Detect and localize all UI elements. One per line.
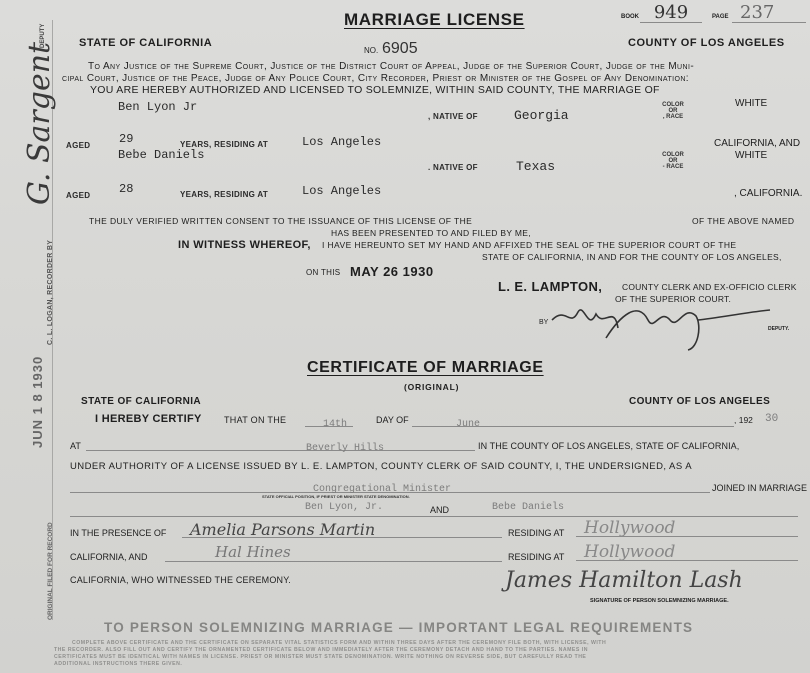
preamble-line-3: YOU ARE HEREBY AUTHORIZED AND LICENSED T… [90, 84, 660, 96]
signature-caption: SIGNATURE OF PERSON SOLEMNIZING MARRIAGE… [590, 598, 729, 604]
book-value: 949 [654, 2, 688, 23]
issue-date: MAY 26 1930 [350, 264, 434, 279]
witness-1-name: Amelia Parsons Martin [182, 520, 375, 539]
groom-native-of: Georgia [514, 108, 569, 123]
party-2: Bebe Daniels [492, 502, 564, 513]
year-prefix: , 192 [734, 415, 753, 425]
witness-2-residence: Hollywood [576, 542, 675, 562]
groom-color: WHITE [735, 98, 767, 109]
party-1: Ben Lyon, Jr. [305, 502, 383, 513]
by-label: BY [539, 319, 548, 326]
day-of-label: DAY OF [376, 415, 409, 425]
certificate-place: Beverly Hills [86, 443, 384, 454]
groom-residence: Los Angeles [302, 135, 381, 149]
california-and: CALIFORNIA, AND [70, 552, 148, 562]
place-field: Beverly Hills [86, 437, 475, 451]
witness-1-residence-field: Hollywood [576, 518, 798, 537]
officiant-signature: James Hamilton Lash [505, 568, 743, 593]
footer-heading: TO PERSON SOLEMNIZING MARRIAGE — IMPORTA… [104, 620, 693, 635]
officiant-position-field: Congregational Minister [70, 478, 710, 493]
groom-state-suffix: CALIFORNIA, AND [714, 138, 800, 149]
bride-residence: Los Angeles [302, 184, 381, 198]
color-label-line: - RACE [655, 164, 691, 170]
bride-color: WHITE [735, 150, 767, 161]
groom-color-label: COLOR OR , RACE [655, 102, 691, 120]
witness-whereof: IN WITNESS WHEREOF, [178, 239, 311, 251]
footer-line-2: THE RECORDER. ALSO FILL OUT AND CERTIFY … [54, 647, 588, 653]
witness-2-field: Hal Hines [165, 543, 502, 562]
margin-recorder-text: C. L. LOGAN, RECORDER BY [47, 240, 54, 345]
witness-line-1: I HAVE HEREUNTO SET MY HAND AND AFFIXED … [322, 240, 736, 250]
on-this-label: ON THIS [306, 268, 340, 277]
certificate-day: 14th [305, 419, 347, 430]
consent-line-2: HAS BEEN PRESENTED TO AND FILED BY ME, [331, 228, 531, 238]
license-state: STATE OF CALIFORNIA [79, 37, 212, 49]
groom-native-of-label: , NATIVE OF [428, 112, 478, 121]
certificate-month: June [412, 419, 480, 430]
groom-aged-label: AGED [66, 141, 90, 150]
certificate-state: STATE OF CALIFORNIA [81, 396, 201, 407]
bride-native-of-label: . NATIVE OF [428, 163, 478, 172]
bride-color-label: COLOR OR - RACE [655, 152, 691, 170]
clerk-title-1: COUNTY CLERK AND EX-OFFICIO CLERK [622, 282, 797, 292]
residing-label-2: RESIDING AT [508, 552, 564, 562]
in-county-text: IN THE COUNTY OF LOS ANGELES, STATE OF C… [478, 441, 739, 451]
margin-deputy-signature: G. Sargent [22, 42, 57, 205]
position-caption: STATE OFFICIAL POSITION, IF PRIEST OR MI… [262, 494, 410, 499]
license-title: MARRIAGE LICENSE [344, 10, 525, 30]
color-label-line: , RACE [655, 114, 691, 120]
book-label: BOOK [621, 14, 639, 20]
book-field: 949 [640, 2, 702, 23]
bride-name: Bebe Daniels [118, 148, 204, 162]
consent-line-1: THE DULY VERIFIED WRITTEN CONSENT TO THE… [89, 216, 472, 226]
witnessed-text: CALIFORNIA, WHO WITNESSED THE CEREMONY. [70, 575, 291, 585]
residing-label-1: RESIDING AT [508, 528, 564, 538]
witness-2-name: Hal Hines [165, 543, 291, 561]
page-field: 237 [732, 2, 806, 23]
bride-residing-label: YEARS, RESIDING AT [180, 190, 268, 199]
authority-text: UNDER AUTHORITY OF A LICENSE ISSUED BY L… [70, 461, 692, 472]
day-field: 14th [305, 413, 353, 427]
year-suffix: 30 [765, 413, 778, 425]
page-value: 237 [732, 2, 774, 23]
witness-line-2: STATE OF CALIFORNIA, IN AND FOR THE COUN… [482, 252, 782, 262]
witness-1-residence: Hollywood [576, 518, 675, 538]
license-no-label: NO. [364, 46, 378, 55]
bride-state-suffix: , CALIFORNIA. [734, 188, 802, 199]
groom-name: Ben Lyon Jr [118, 100, 197, 114]
deputy-label: DEPUTY. [768, 326, 789, 332]
joined-label: JOINED IN MARRIAGE [712, 483, 807, 493]
preamble-line-1: To Any Justice of the Supreme Court, Jus… [88, 61, 694, 72]
clerk-name: L. E. LAMPTON, [498, 279, 602, 294]
certificate-title: CERTIFICATE OF MARRIAGE [307, 359, 544, 377]
certificate-county: COUNTY OF LOS ANGELES [629, 396, 770, 407]
footer-line-3: CERTIFICATES MUST BE IDENTICAL WITH NAME… [54, 654, 586, 660]
deputy-signature-scribble [548, 298, 778, 353]
bride-aged-label: AGED [66, 191, 90, 200]
margin-filed-stamp-date: JUN 1 8 1930 [30, 356, 45, 448]
at-label: AT [70, 441, 81, 451]
presence-label: IN THE PRESENCE OF [70, 528, 166, 538]
license-number: 6905 [382, 40, 418, 58]
margin-filed-text: ORIGINAL FILED FOR RECORD [47, 522, 54, 620]
license-county: COUNTY OF LOS ANGELES [628, 37, 785, 49]
month-field: June [412, 413, 734, 427]
preamble-line-2: cipal Court, Justice of the Peace, Judge… [62, 73, 689, 84]
footer-line-4: ADDITIONAL INSTRUCTIONS THERE GIVEN. [54, 661, 182, 667]
certify-bold: I HEREBY CERTIFY [95, 413, 202, 425]
bride-age: 28 [119, 182, 133, 196]
consent-line-1-right: OF THE ABOVE NAMED [692, 216, 794, 226]
certificate-subtitle: (ORIGINAL) [404, 382, 459, 392]
witness-1-field: Amelia Parsons Martin [182, 520, 502, 538]
page-label: PAGE [712, 14, 729, 20]
certify-text: THAT ON THE [224, 415, 286, 425]
witness-2-residence-field: Hollywood [576, 542, 798, 561]
footer-line-1: COMPLETE ABOVE CERTIFICATE AND THE CERTI… [72, 640, 606, 646]
groom-age: 29 [119, 132, 133, 146]
and-label: AND [430, 505, 449, 515]
bride-native-of: Texas [516, 159, 555, 174]
marriage-document: DEPUTY G. Sargent C. L. LOGAN, RECORDER … [0, 0, 810, 673]
